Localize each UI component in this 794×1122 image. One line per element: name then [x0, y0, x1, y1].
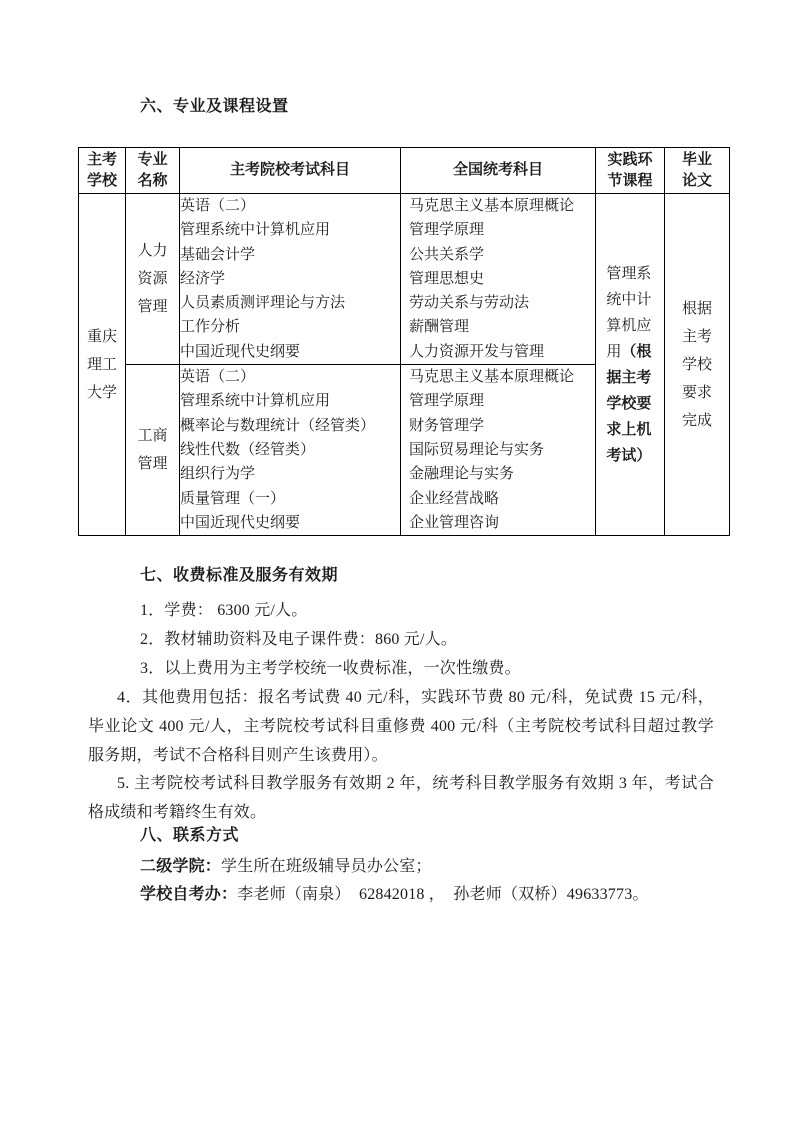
national-courses-cell-ba: 马克思主义基本原理概论 管理学原理 财务管理学 国际贸易理论与实务 金融理论与实…	[401, 365, 596, 536]
course-item: 中国近现代史纲要	[180, 340, 400, 364]
course-item: 薪酬管理	[409, 315, 595, 339]
major-name-ba: 工商管理	[136, 422, 168, 478]
contact-college-line: 二级学院：学生所在班级辅导员办公室；	[140, 852, 432, 881]
course-item: 基础会计学	[180, 243, 400, 267]
course-item: 管理学原理	[409, 389, 595, 413]
header-national-courses: 全国统考科目	[401, 148, 596, 194]
table-header-row: 主考学校 专业名称 主考院校考试科目 全国统考科目 实践环节课程 毕业论文	[79, 148, 730, 194]
table-row-hr-major: 重庆理工大学 人力资源管理 英语（二） 管理系统中计算机应用 基础会计学 经济学…	[79, 194, 730, 365]
course-item: 质量管理（一）	[180, 487, 400, 511]
course-item: 马克思主义基本原理概论	[409, 365, 595, 389]
course-item: 线性代数（经管类）	[180, 438, 400, 462]
header-school-label: 主考学校	[86, 150, 118, 192]
course-item: 经济学	[180, 267, 400, 291]
document-page: 六、专业及课程设置 主考学校 专业名称 主考院校考试科目 全国统考科目 实践环节…	[0, 0, 794, 1122]
fee-item-2: 2．教材辅助资料及电子课件费：860 元/人。	[140, 625, 457, 654]
course-item: 英语（二）	[180, 194, 400, 218]
course-item: 金融理论与实务	[409, 462, 595, 486]
course-item: 企业经营战略	[409, 487, 595, 511]
practice-cell: 管理系统中计算机应用（根据主考学校要求上机考试）	[596, 194, 665, 536]
major-cell-hr: 人力资源管理	[126, 194, 180, 365]
fee-item-1: 1．学费： 6300 元/人。	[140, 596, 307, 625]
contact-office-line: 学校自考办：李老师（南泉） 62842018 ， 孙老师（双桥）49633773…	[140, 880, 649, 909]
course-item: 财务管理学	[409, 414, 595, 438]
course-item: 马克思主义基本原理概论	[409, 194, 595, 218]
course-item: 中国近现代史纲要	[180, 511, 400, 535]
course-item: 劳动关系与劳动法	[409, 291, 595, 315]
major-cell-ba: 工商管理	[126, 365, 180, 536]
section-contact-title: 八、联系方式	[140, 826, 239, 846]
school-cell: 重庆理工大学	[79, 194, 126, 536]
fee-item-4: 4．其他费用包括：报名考试费 40 元/科，实践环节费 80 元/科，免试费 1…	[88, 683, 714, 770]
national-courses-cell-hr: 马克思主义基本原理概论 管理学原理 公共关系学 管理思想史 劳动关系与劳动法 薪…	[401, 194, 596, 365]
host-courses-cell-hr: 英语（二） 管理系统中计算机应用 基础会计学 经济学 人员素质测评理论与方法 工…	[180, 194, 401, 365]
fee-item-5: 5. 主考院校考试科目教学服务有效期 2 年，统考科目教学服务有效期 3 年，考…	[88, 769, 714, 827]
header-thesis: 毕业论文	[665, 148, 730, 194]
host-courses-cell-ba: 英语（二） 管理系统中计算机应用 概率论与数理统计（经管类） 线性代数（经管类）…	[180, 365, 401, 536]
course-item: 管理学原理	[409, 218, 595, 242]
practice-text: 管理系统中计算机应用（根据主考学校要求上机考试）	[606, 261, 653, 469]
contact-office-label: 学校自考办：	[140, 886, 237, 903]
contact-office-text: 李老师（南泉） 62842018 ， 孙老师（双桥）49633773。	[237, 886, 648, 903]
school-name: 重庆理工大学	[86, 323, 118, 407]
header-major: 专业名称	[126, 148, 180, 194]
course-item: 人员素质测评理论与方法	[180, 291, 400, 315]
course-item: 英语（二）	[180, 365, 400, 389]
header-practice-label: 实践环节课程	[606, 150, 654, 192]
header-major-label: 专业名称	[137, 150, 169, 192]
major-name-hr: 人力资源管理	[136, 237, 168, 321]
course-item: 工作分析	[180, 315, 400, 339]
header-practice: 实践环节课程	[596, 148, 665, 194]
course-item: 管理系统中计算机应用	[180, 389, 400, 413]
course-item: 国际贸易理论与实务	[409, 438, 595, 462]
course-item: 公共关系学	[409, 243, 595, 267]
contact-college-label: 二级学院：	[140, 858, 221, 875]
courses-table: 主考学校 专业名称 主考院校考试科目 全国统考科目 实践环节课程 毕业论文 重庆…	[78, 147, 730, 536]
course-item: 企业管理咨询	[409, 511, 595, 535]
contact-college-text: 学生所在班级辅导员办公室；	[221, 858, 432, 875]
fee-item-3: 3．以上费用为主考学校统一收费标准，一次性缴费。	[140, 654, 521, 683]
course-item: 管理系统中计算机应用	[180, 218, 400, 242]
section-fees-title: 七、收费标准及服务有效期	[140, 566, 338, 586]
thesis-cell: 根据主考学校要求完成	[665, 194, 730, 536]
course-item: 组织行为学	[180, 462, 400, 486]
header-school: 主考学校	[79, 148, 126, 194]
header-host-courses: 主考院校考试科目	[180, 148, 401, 194]
header-thesis-label: 毕业论文	[681, 150, 713, 192]
section-courses-title: 六、专业及课程设置	[140, 97, 289, 117]
practice-note: （根据主考学校要求上机考试）	[606, 343, 651, 464]
course-item: 管理思想史	[409, 267, 595, 291]
thesis-text: 根据主考学校要求完成	[681, 295, 713, 435]
course-item: 人力资源开发与管理	[409, 340, 595, 364]
course-item: 概率论与数理统计（经管类）	[180, 414, 400, 438]
